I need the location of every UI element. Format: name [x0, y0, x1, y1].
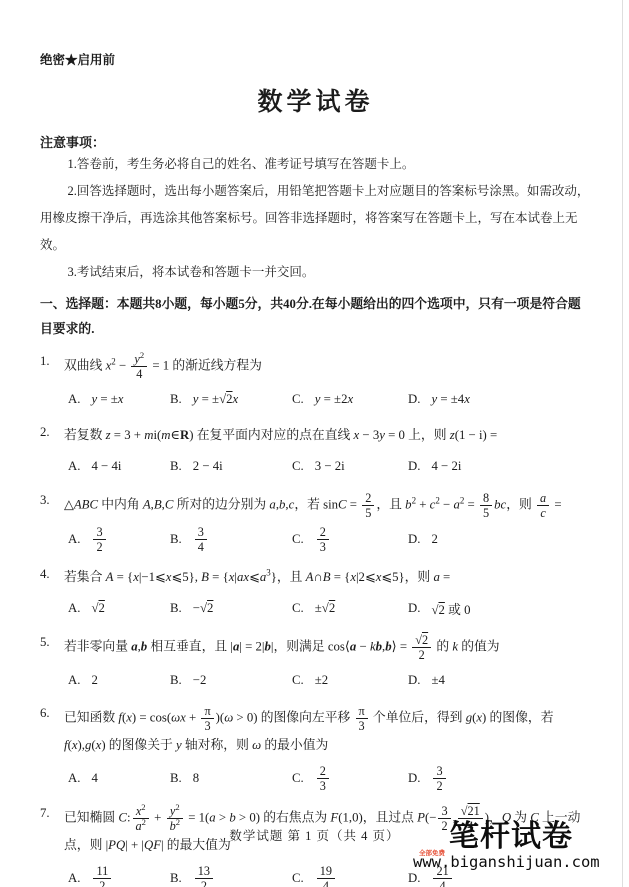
option-label: A. — [68, 459, 80, 474]
option-a: A.4 — [68, 771, 170, 786]
question-options: A.2 B.−2 C.±2 D.±4 — [68, 667, 591, 693]
option-c: C.y = ±2x — [292, 392, 408, 407]
option-value: 2 — [91, 673, 97, 688]
exam-page: 绝密★启用前 数学试卷 注意事项： 1.答卷前，考生务必将自己的姓名、准考证号填… — [0, 0, 629, 887]
option-value: 194 — [315, 864, 337, 887]
question-options: A.4 − 4i B.2 − 4i C.3 − 2i D.4 − 2i — [68, 454, 591, 480]
option-label: C. — [292, 771, 304, 786]
question-4: 4. 若集合 A = {x|−1⩽x⩽5}, B = {x|ax⩽a3}，且 A… — [40, 565, 591, 622]
section-header: 一、选择题：本题共8小题，每小题5分，共40分.在每小题给出的四个选项中，只有一… — [40, 292, 591, 341]
option-value: 4 — [91, 771, 97, 786]
question-3: 3. △ABC 中内角 A,B,C 所对的边分别为 a,b,c，若 sinC =… — [40, 491, 591, 554]
option-label: C. — [292, 392, 304, 407]
option-value: 2 − 4i — [193, 459, 223, 474]
option-c: C.194 — [292, 864, 408, 887]
option-c: C.±√2 — [292, 601, 408, 616]
option-value: 4 − 2i — [431, 459, 461, 474]
option-label: A. — [68, 392, 80, 407]
option-c: C.±2 — [292, 673, 408, 688]
option-label: A. — [68, 771, 80, 786]
question-number: 1. — [40, 352, 64, 381]
question-head: 1. 双曲线 x2 − y24 = 1 的渐近线方程为 — [40, 352, 591, 381]
option-d: D.y = ±4x — [408, 392, 591, 407]
option-label: D. — [408, 459, 420, 474]
option-d: D.4 − 2i — [408, 459, 591, 474]
watermark-free-label: 全部免费 — [419, 850, 445, 858]
option-label: B. — [170, 673, 182, 688]
note-item-3: 3.考试结束后，将本试卷和答题卡一并交回。 — [40, 259, 591, 286]
option-value: 23 — [315, 525, 331, 554]
option-a: A.112 — [68, 864, 170, 887]
option-label: D. — [408, 601, 420, 616]
option-value: ±√2 — [315, 601, 335, 616]
option-value: √2 — [91, 601, 104, 616]
option-value: −√2 — [193, 601, 214, 616]
option-value: 23 — [315, 764, 331, 793]
option-value: 32 — [91, 525, 107, 554]
option-a: A.y = ±x — [68, 392, 170, 407]
option-value: y = ±√2x — [193, 392, 238, 407]
notes-header: 注意事项： — [40, 132, 591, 151]
question-5: 5. 若非零向量 a,b 相互垂直，且 |a| = 2|b|，则满足 cos⟨a… — [40, 633, 591, 693]
option-label: D. — [408, 532, 420, 547]
question-head: 6. 已知函数 f(x) = cos(ωx + π3)(ω > 0) 的图像向左… — [40, 704, 591, 759]
question-options: A.4 B.8 C.23 D.32 — [68, 764, 591, 793]
option-value: y = ±x — [91, 392, 123, 407]
option-value: 8 — [193, 771, 199, 786]
option-value: 3 − 2i — [315, 459, 345, 474]
question-stem: 若非零向量 a,b 相互垂直，且 |a| = 2|b|，则满足 cos⟨a − … — [64, 633, 591, 662]
question-options: A.y = ±x B.y = ±√2x C.y = ±2x D.y = ±4x — [68, 386, 591, 412]
option-label: A. — [68, 871, 80, 886]
option-d: D.2 — [408, 532, 591, 547]
question-stem: 若复数 z = 3 + mi(m∈R) 在复平面内对应的点在直线 x − 3y … — [64, 423, 591, 449]
watermark: 全部免费 笔杆试卷 www.biganshijuan.com — [413, 820, 613, 870]
option-label: B. — [170, 392, 182, 407]
option-value: 34 — [193, 525, 209, 554]
option-d: D.±4 — [408, 673, 591, 688]
option-b: B.y = ±√2x — [170, 392, 292, 407]
question-number: 6. — [40, 704, 64, 759]
option-label: D. — [408, 673, 420, 688]
option-value: 112 — [91, 864, 113, 887]
option-b: B.8 — [170, 771, 292, 786]
option-label: C. — [292, 673, 304, 688]
question-number: 3. — [40, 491, 64, 520]
question-head: 3. △ABC 中内角 A,B,C 所对的边分别为 a,b,c，若 sinC =… — [40, 491, 591, 520]
question-stem: 已知函数 f(x) = cos(ωx + π3)(ω > 0) 的图像向左平移 … — [64, 704, 591, 759]
question-options: A.32 B.34 C.23 D.2 — [68, 525, 591, 554]
question-1: 1. 双曲线 x2 − y24 = 1 的渐近线方程为 A.y = ±x B.y… — [40, 352, 591, 412]
option-label: B. — [170, 459, 182, 474]
secrecy-label: 绝密★启用前 — [40, 50, 591, 68]
question-options: A.√2 B.−√2 C.±√2 D.√2 或 0 — [68, 596, 591, 622]
option-label: B. — [170, 601, 182, 616]
option-a: A.√2 — [68, 601, 170, 616]
option-value: −2 — [193, 673, 207, 688]
option-value: 132 — [193, 864, 215, 887]
option-c: C.23 — [292, 525, 408, 554]
option-c: C.3 − 2i — [292, 459, 408, 474]
option-a: A.32 — [68, 525, 170, 554]
option-label: D. — [408, 871, 420, 886]
option-value: y = ±2x — [315, 392, 353, 407]
option-label: C. — [292, 532, 304, 547]
option-label: A. — [68, 601, 80, 616]
question-number: 4. — [40, 565, 64, 591]
question-stem: 若集合 A = {x|−1⩽x⩽5}, B = {x|ax⩽a3}，且 A∩B … — [64, 565, 591, 591]
option-a: A.2 — [68, 673, 170, 688]
option-b: B.−√2 — [170, 601, 292, 616]
note-item-1: 1.答卷前，考生务必将自己的姓名、准考证号填写在答题卡上。 — [40, 151, 591, 178]
question-head: 2. 若复数 z = 3 + mi(m∈R) 在复平面内对应的点在直线 x − … — [40, 423, 591, 449]
option-b: B.2 − 4i — [170, 459, 292, 474]
question-head: 4. 若集合 A = {x|−1⩽x⩽5}, B = {x|ax⩽a3}，且 A… — [40, 565, 591, 591]
option-label: A. — [68, 532, 80, 547]
question-6: 6. 已知函数 f(x) = cos(ωx + π3)(ω > 0) 的图像向左… — [40, 704, 591, 793]
option-value: √2 或 0 — [431, 599, 470, 618]
option-b: B.−2 — [170, 673, 292, 688]
option-a: A.4 − 4i — [68, 459, 170, 474]
option-b: B.132 — [170, 864, 292, 887]
option-value: 4 − 4i — [91, 459, 121, 474]
option-label: D. — [408, 392, 420, 407]
question-number: 5. — [40, 633, 64, 662]
option-label: C. — [292, 459, 304, 474]
option-value: 32 — [431, 764, 447, 793]
option-b: B.34 — [170, 525, 292, 554]
option-c: C.23 — [292, 764, 408, 793]
option-value: 2 — [431, 532, 437, 547]
option-label: A. — [68, 673, 80, 688]
page-title: 数学试卷 — [40, 82, 591, 118]
page-content: 绝密★启用前 数学试卷 注意事项： 1.答卷前，考生务必将自己的姓名、准考证号填… — [0, 0, 629, 887]
option-label: D. — [408, 771, 420, 786]
question-2: 2. 若复数 z = 3 + mi(m∈R) 在复平面内对应的点在直线 x − … — [40, 423, 591, 480]
question-stem: △ABC 中内角 A,B,C 所对的边分别为 a,b,c，若 sinC = 25… — [64, 491, 591, 520]
option-d: D.√2 或 0 — [408, 599, 591, 618]
option-label: B. — [170, 871, 182, 886]
question-number: 2. — [40, 423, 64, 449]
option-label: B. — [170, 771, 182, 786]
question-head: 5. 若非零向量 a,b 相互垂直，且 |a| = 2|b|，则满足 cos⟨a… — [40, 633, 591, 662]
option-label: C. — [292, 871, 304, 886]
option-value: ±2 — [315, 673, 328, 688]
option-label: B. — [170, 532, 182, 547]
question-stem: 双曲线 x2 − y24 = 1 的渐近线方程为 — [64, 352, 591, 381]
option-value: y = ±4x — [431, 392, 469, 407]
option-d: D.32 — [408, 764, 591, 793]
note-item-2: 2.回答选择题时，选出每小题答案后，用铅笔把答题卡上对应题目的答案标号涂黑。如需… — [40, 178, 591, 259]
option-value: ±4 — [431, 673, 444, 688]
option-label: C. — [292, 601, 304, 616]
